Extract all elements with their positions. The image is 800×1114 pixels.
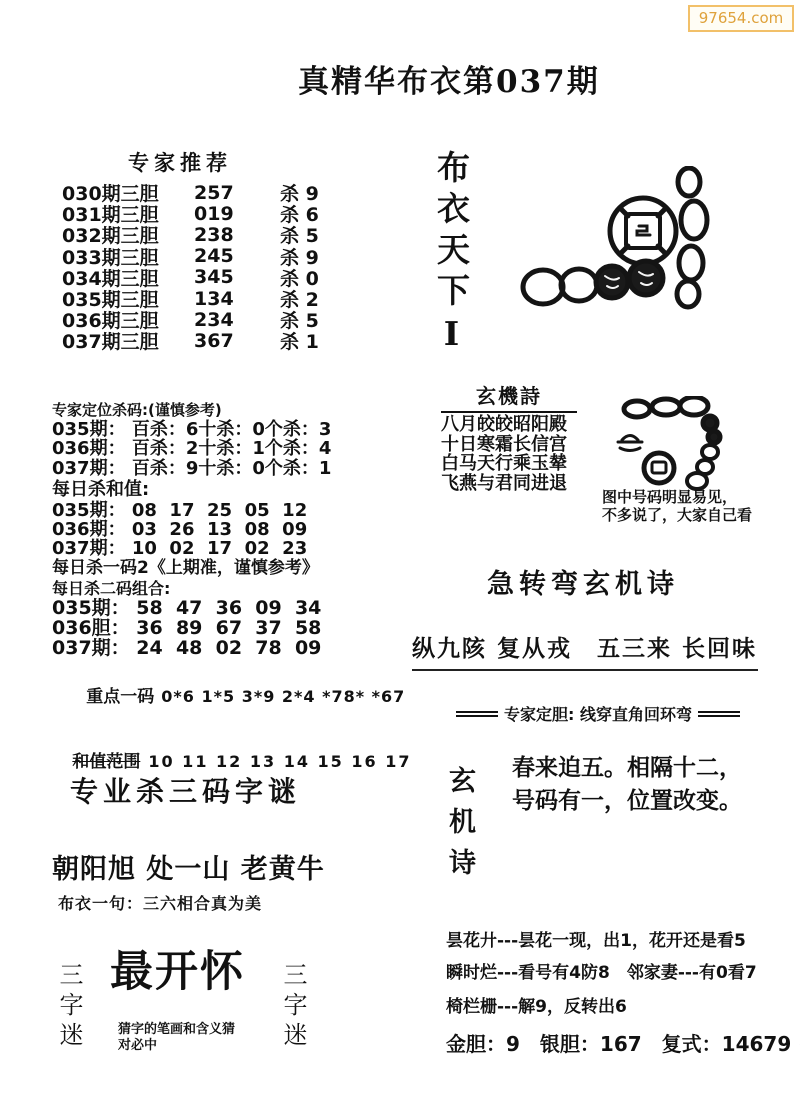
double-line: [698, 711, 740, 717]
daily-kill-sum-heading: 每日杀和值:: [52, 478, 352, 501]
recommend-dan: 019: [180, 203, 256, 225]
double-line: [456, 711, 498, 717]
drawing-caption: 图中号码明显易见， 不多说了，大家自己看: [602, 489, 752, 524]
buyi-tianxia-title: 布衣天下Ⅰ: [428, 150, 475, 370]
kill-position-row: 035期： 百杀：6十杀：0个杀：3: [52, 420, 352, 439]
page: { "colors": { "badge_text": "#dfa23c", "…: [0, 0, 800, 1114]
kill-position-heading: 专家定位杀码:(谨慎参考): [52, 400, 352, 420]
xuanji-poem-line: 飞燕与君同进退: [441, 474, 577, 494]
daily-two-code-heading: 每日杀二码组合:: [52, 579, 364, 599]
expert-dan-divider: 专家定胆: 线穿直角回环弯: [448, 702, 748, 725]
kill-position-row: 037期： 百杀：9十杀：0个杀：1: [52, 459, 352, 478]
recommend-dan: 245: [180, 245, 256, 267]
daily-kill-sum-row: 035期： 08 17 25 05 12: [52, 501, 352, 520]
coin-chain-drawing: [515, 166, 725, 316]
page-title: 真精华布衣第037期: [298, 56, 598, 101]
expert-recommend-heading: 专家推荐: [128, 147, 232, 177]
three-word-riddle-right: 三字迷: [276, 962, 311, 1057]
drawing-caption-line1: 图中号码明显易见，: [602, 489, 752, 507]
drawing-caption-line2: 不多说了，大家自己看: [602, 507, 752, 525]
expert-dan-text: 专家定胆: 线穿直角回环弯: [504, 702, 692, 725]
two-code-row: 036胆： 36 89 67 37 58: [52, 619, 364, 639]
bottom-riddle-line: 昙花廾---昙花一现，出1，花开还是看5: [446, 930, 796, 952]
riddle-hint-line1: 猜字的笔画和含义猜: [118, 1022, 235, 1038]
key-one-code-line: 重点一码0*6 1*5 3*9 2*4 *78* *67: [52, 663, 364, 726]
daily-kill-one-heading: 每日杀一码2《上期准，谨慎参考》: [52, 557, 364, 579]
kill-position-row: 036期： 百杀：2十杀：1个杀：4: [52, 439, 352, 458]
key-one-code-label: 重点一码: [86, 687, 154, 707]
expert-recommend-list: 030期三胆257杀 9 031期三胆019杀 6 032期三胆238杀 5 0…: [62, 182, 319, 352]
sharp-turn-poem-line: 纵九陔 复从戎 五三来 长回味: [412, 630, 758, 671]
xuanji2-lines: 春来迫五。相隔十二， 号码有一，位置改变。: [512, 752, 742, 818]
kill-position-section: 专家定位杀码:(谨慎参考) 035期： 百杀：6十杀：0个杀：3 036期： 百…: [52, 400, 352, 559]
riddle-hint-line2: 对必中: [118, 1038, 235, 1054]
xuanji-poem-line: 八月皎皎昭阳殿: [441, 415, 577, 435]
xuanji-poem-line: 十日寒霜长信宫: [441, 435, 577, 455]
result-line: 金胆：9 银胆：167 复式：14679 (5): [446, 1032, 796, 1056]
sharp-turn-title: 急转弯玄机诗: [487, 562, 679, 601]
riddle-words: 朝阳旭 处一山 老黄牛: [52, 847, 325, 886]
xuanji2-line1: 春来迫五。相隔十二，: [512, 752, 742, 785]
three-word-riddle-left: 三字迷: [52, 962, 87, 1057]
recommend-dan: 238: [180, 224, 256, 246]
buyi-sentence: 布衣一句：三六相合真为美: [58, 891, 262, 914]
key-one-code-values: 0*6 1*5 3*9 2*4 *78* *67: [161, 687, 405, 706]
recommend-period: 037期三胆: [62, 327, 180, 354]
recommend-kill: 杀 1: [256, 327, 319, 354]
xuanji2-line2: 号码有一，位置改变。: [512, 785, 742, 818]
recommend-dan: 367: [180, 330, 256, 352]
recommend-dan: 134: [180, 288, 256, 310]
recommend-dan: 345: [180, 266, 256, 288]
recommend-dan: 257: [180, 182, 256, 204]
recommend-row: 037期三胆367杀 1: [62, 330, 319, 351]
daily-kill-one-section: 每日杀一码2《上期准，谨慎参考》 每日杀二码组合: 035期： 58 47 36…: [52, 557, 364, 791]
riddle-section-heading: 专业杀三码字谜: [70, 770, 301, 810]
two-code-row: 037期： 24 48 02 78 09: [52, 639, 364, 659]
bottom-riddle-line: 椅栏栅---解9，反转出6: [446, 996, 796, 1018]
daily-kill-sum-row: 036期： 03 26 13 08 09: [52, 520, 352, 539]
xuanji2-title: 玄机诗: [440, 766, 479, 906]
xuanji-poem-section: 玄機詩 八月皎皎昭阳殿 十日寒霜长信宫 白马天行乘玉辇 飞燕与君同进退: [441, 380, 577, 493]
mystery-number-drawing: [602, 396, 728, 491]
xuanji-poem-title: 玄機詩: [441, 380, 577, 413]
sum-range-values: 10 11 12 13 14 15 16 17: [148, 752, 411, 771]
two-code-row: 035期： 58 47 36 09 34: [52, 599, 364, 619]
bottom-riddles: 昙花廾---昙花一现，出1，花开还是看5 瞬时烂---看号有4防8 邻家妻---…: [446, 930, 796, 1056]
daily-kill-sum-row: 037期： 10 02 17 02 23: [52, 539, 352, 558]
xuanji-poem-line: 白马天行乘玉辇: [441, 454, 577, 474]
watermark-badge: 97654.com: [688, 5, 794, 32]
riddle-hint: 猜字的笔画和含义猜 对必中: [118, 1022, 235, 1054]
riddle-answer: 最开怀: [110, 938, 245, 999]
bottom-riddle-line: 瞬时烂---看号有4防8 邻家妻---有0看7: [446, 962, 796, 984]
recommend-dan: 234: [180, 309, 256, 331]
